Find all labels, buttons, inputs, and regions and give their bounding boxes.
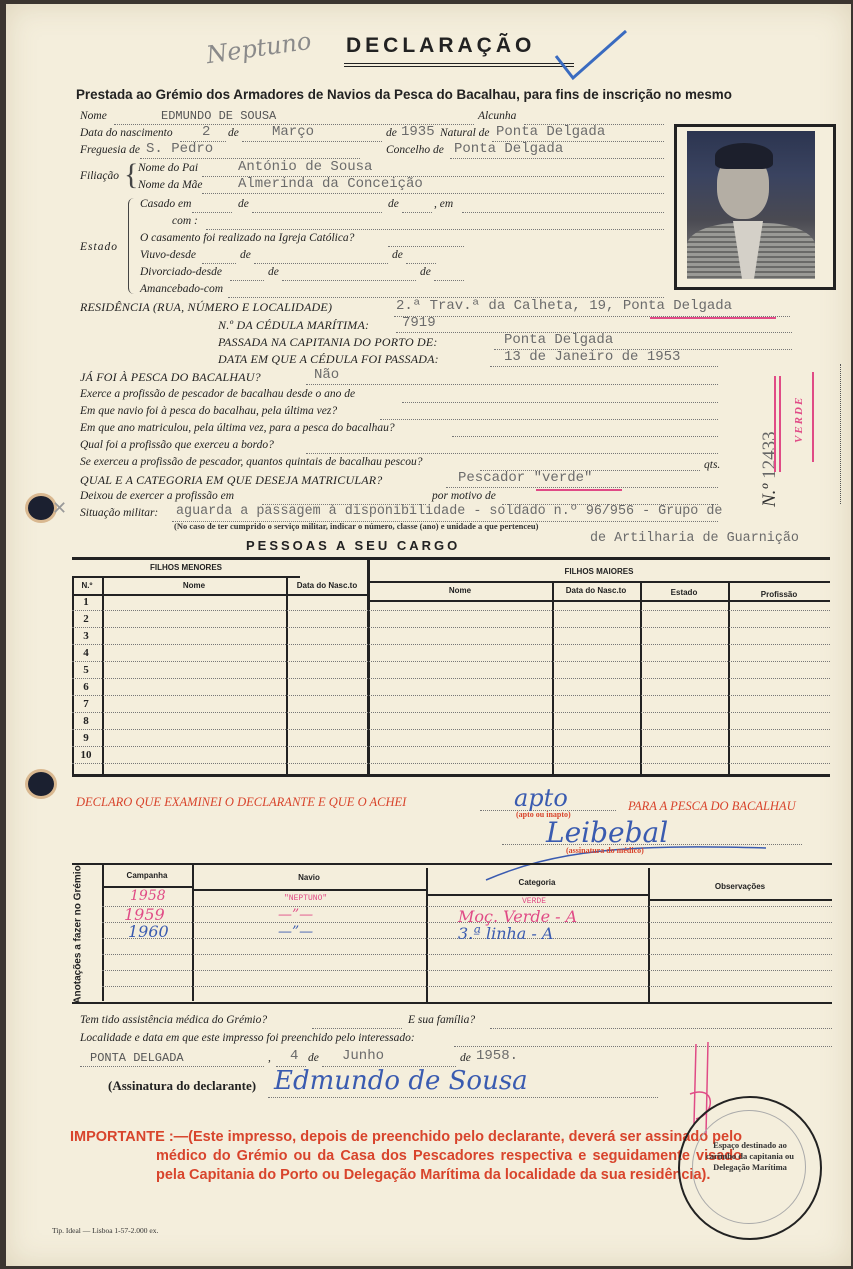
navio-label: Em que navio foi à pesca do bacalhau, pe… (80, 405, 337, 417)
anotacoes-label: Anotações a fazer no Grémio (73, 845, 84, 1025)
table-row: 1 (76, 596, 96, 608)
igreja-label: O casamento foi realizado na Igreja Cató… (140, 232, 354, 244)
registration-number: 12433 (759, 431, 780, 479)
cedula-label: N.º DA CÉDULA MARÍTIMA: (218, 318, 369, 333)
campanha-1960: 1960 (128, 922, 169, 941)
de-label: de (240, 249, 251, 261)
militar-value[interactable]: aguarda a passagem à disponibilidade - s… (176, 504, 722, 519)
birth-year[interactable]: 1935 (401, 124, 435, 140)
table-row: 2 (76, 613, 96, 625)
militar-note: (No caso de ter cumprido o serviço milit… (174, 521, 538, 531)
assinatura-medico-note: (assinatura do médico) (566, 846, 644, 855)
navio-ditto-1959: —”— (278, 907, 313, 923)
viuvo-label: Viuvo-desde (140, 249, 196, 261)
data-cedula-label: DATA EM QUE A CÉDULA FOI PASSADA: (218, 352, 439, 367)
em-label: , em (434, 198, 453, 210)
divorciado-label: Divorciado-desde (140, 266, 222, 278)
col-nome-maiores: Nome (368, 586, 552, 595)
categoria-1960: 3.ª linha - A (458, 924, 553, 943)
de-label: de (228, 127, 239, 139)
assistencia-label: Tem tido assistência médica do Grémio? (80, 1014, 267, 1026)
casado-label: Casado em (140, 198, 191, 210)
table-row: 6 (76, 681, 96, 693)
mae-value[interactable]: Almerinda da Conceição (238, 176, 423, 192)
nome-value[interactable]: EDMUNDO DE SOUSA (161, 109, 276, 123)
concelho-label: Concelho de (386, 144, 444, 156)
portrait-photo (687, 131, 815, 279)
punch-hole (28, 496, 54, 520)
ja-foi-value[interactable]: Não (314, 367, 339, 383)
table-row: 10 (76, 749, 96, 761)
filhos-maiores-header: FILHOS MAIORES (368, 567, 830, 576)
filhos-menores-header: FILHOS MENORES (72, 563, 300, 572)
navio-neptuno: "NEPTUNO" (284, 894, 327, 903)
printer-note: Tip. Ideal — Lisboa 1-57-2.000 ex. (52, 1226, 158, 1235)
desde-label: Exerce a profissão de pescador de bacalh… (80, 388, 355, 400)
photo-frame (674, 124, 836, 290)
motivo-label: por motivo de (432, 490, 496, 502)
stamp-area: Espaço destinado ao carimbo da capitania… (678, 1096, 822, 1240)
profissao-label: Qual foi a profissão que exerceu a bordo… (80, 439, 274, 451)
residencia-label: RESIDÊNCIA (RUA, NÚMERO E LOCALIDADE) (80, 300, 332, 315)
registration-stamp: N.º 12433 VERDE (750, 364, 853, 504)
capitania-label: PASSADA NA CAPITANIA DO PORTO DE: (218, 335, 438, 350)
col-observacoes: Observações (648, 882, 832, 891)
comma: , (268, 1052, 271, 1064)
table-row: 8 (76, 715, 96, 727)
pink-underline (650, 317, 776, 319)
brace: { (124, 160, 138, 190)
nascimento-label: Data do nascimento (80, 127, 173, 139)
militar-value-continued[interactable]: de Artilharia de Guarnição (590, 531, 799, 546)
de-label: de (268, 266, 279, 278)
com-label: com : (172, 215, 198, 227)
col-profissao: Profissão (728, 590, 830, 599)
de-label: de (460, 1052, 471, 1064)
de-label: de (392, 249, 403, 261)
table-row: 5 (76, 664, 96, 676)
de-label: de (386, 127, 397, 139)
familia-label: E sua família? (408, 1014, 475, 1026)
registration-number-label: N.º (759, 484, 780, 507)
estado-label: Estado (80, 241, 118, 253)
residencia-value[interactable]: 2.ª Trav.ª da Calheta, 19, Ponta Delgada (396, 298, 732, 314)
alcunha-label: Alcunha (478, 110, 516, 122)
birth-day[interactable]: 2 (202, 124, 210, 140)
filiacao-label: Filiação (80, 170, 119, 182)
col-nome-menores: Nome (102, 581, 286, 590)
table-border (72, 557, 830, 560)
table-row: 9 (76, 732, 96, 744)
de-label: de (388, 198, 399, 210)
assinatura-label: (Assinatura do declarante) (108, 1078, 256, 1094)
alcunha-field[interactable] (524, 110, 664, 124)
de-label: de (238, 198, 249, 210)
brace (128, 198, 135, 294)
pink-underline (536, 489, 622, 491)
ano-label: Em que ano matriculou, pela última vez, … (80, 422, 395, 434)
capitania-value[interactable]: Ponta Delgada (504, 332, 613, 348)
apto-result[interactable]: apto (514, 784, 568, 812)
mae-label: Nome da Mãe (138, 179, 203, 191)
table-row: 3 (76, 630, 96, 642)
navio-ditto-1960: —”— (278, 924, 313, 940)
freguesia-label: Freguesia de (80, 144, 140, 156)
data-cedula-value[interactable]: 13 de Janeiro de 1953 (504, 349, 680, 365)
mes-value[interactable]: Junho (342, 1048, 384, 1064)
de-label: de (420, 266, 431, 278)
declaro-text: DECLARO QUE EXAMINEI O DECLARANTE E QUE … (76, 795, 406, 810)
col-data-menores: Data do Nasc.to (286, 581, 368, 590)
ano-value[interactable]: 1958. (476, 1048, 518, 1064)
de-label: de (308, 1052, 319, 1064)
categoria-value[interactable]: Pescador "verde" (458, 470, 592, 486)
cargo-title: PESSOAS A SEU CARGO (246, 538, 460, 553)
pai-value[interactable]: António de Sousa (238, 159, 372, 175)
importante-note: IMPORTANTE :—(Este impresso, depois de p… (70, 1128, 742, 1185)
amancebado-label: Amancebado-com (140, 283, 223, 295)
nome-label: Nome (80, 110, 107, 122)
stamp-text: Espaço destinado ao carimbo da capitania… (698, 1140, 802, 1173)
col-navio: Navio (192, 873, 426, 882)
quintais-label: Se exerceu a profissão de pescador, quan… (80, 456, 423, 468)
declaration-form: ✕ Neptuno DECLARAÇÃO Prestada ao Grémio … (6, 4, 851, 1266)
checkmark-icon (551, 26, 631, 86)
punch-hole (28, 772, 54, 796)
birth-month[interactable]: Março (272, 124, 314, 140)
categoria-verde: VERDE (522, 897, 546, 906)
freguesia-value[interactable]: S. Pedro (146, 141, 213, 157)
col-estado: Estado (640, 588, 728, 597)
campanha-1958: 1958 (130, 888, 166, 904)
cedula-value[interactable]: 7919 (402, 315, 436, 331)
title-underline (344, 63, 574, 67)
qts-label: qts. (704, 459, 720, 471)
col-data-maiores: Data do Nasc.to (552, 586, 640, 595)
dia-value[interactable]: 4 (290, 1048, 298, 1064)
pai-label: Nome do Pai (138, 162, 198, 174)
categoria-label: QUAL E A CATEGORIA EM QUE DESEJA MATRICU… (80, 473, 382, 488)
page-title: DECLARAÇÃO (346, 34, 535, 58)
declarant-signature: Edmundo de Sousa (274, 1066, 528, 1096)
ja-foi-label: JÁ FOI À PESCA DO BACALHAU? (80, 370, 261, 385)
local-value[interactable]: PONTA DELGADA (90, 1051, 184, 1065)
col-campanha: Campanha (102, 871, 192, 880)
col-numero: N.º (72, 581, 102, 590)
natural-value[interactable]: Ponta Delgada (496, 124, 605, 140)
handwritten-ship-name: Neptuno (205, 27, 313, 69)
militar-label: Situação militar: (80, 507, 158, 519)
table-row: 4 (76, 647, 96, 659)
subtitle: Prestada ao Grémio dos Armadores de Navi… (76, 87, 732, 102)
concelho-value[interactable]: Ponta Delgada (454, 141, 563, 157)
natural-label: Natural de (440, 127, 490, 139)
col-categoria: Categoria (426, 878, 648, 887)
deixou-label: Deixou de exercer a profissão em (80, 490, 234, 502)
table-row: 7 (76, 698, 96, 710)
x-mark-icon: ✕ (52, 498, 67, 519)
category-stamp: VERDE (793, 373, 805, 443)
localidade-label: Localidade e data em que este impresso f… (80, 1032, 415, 1044)
